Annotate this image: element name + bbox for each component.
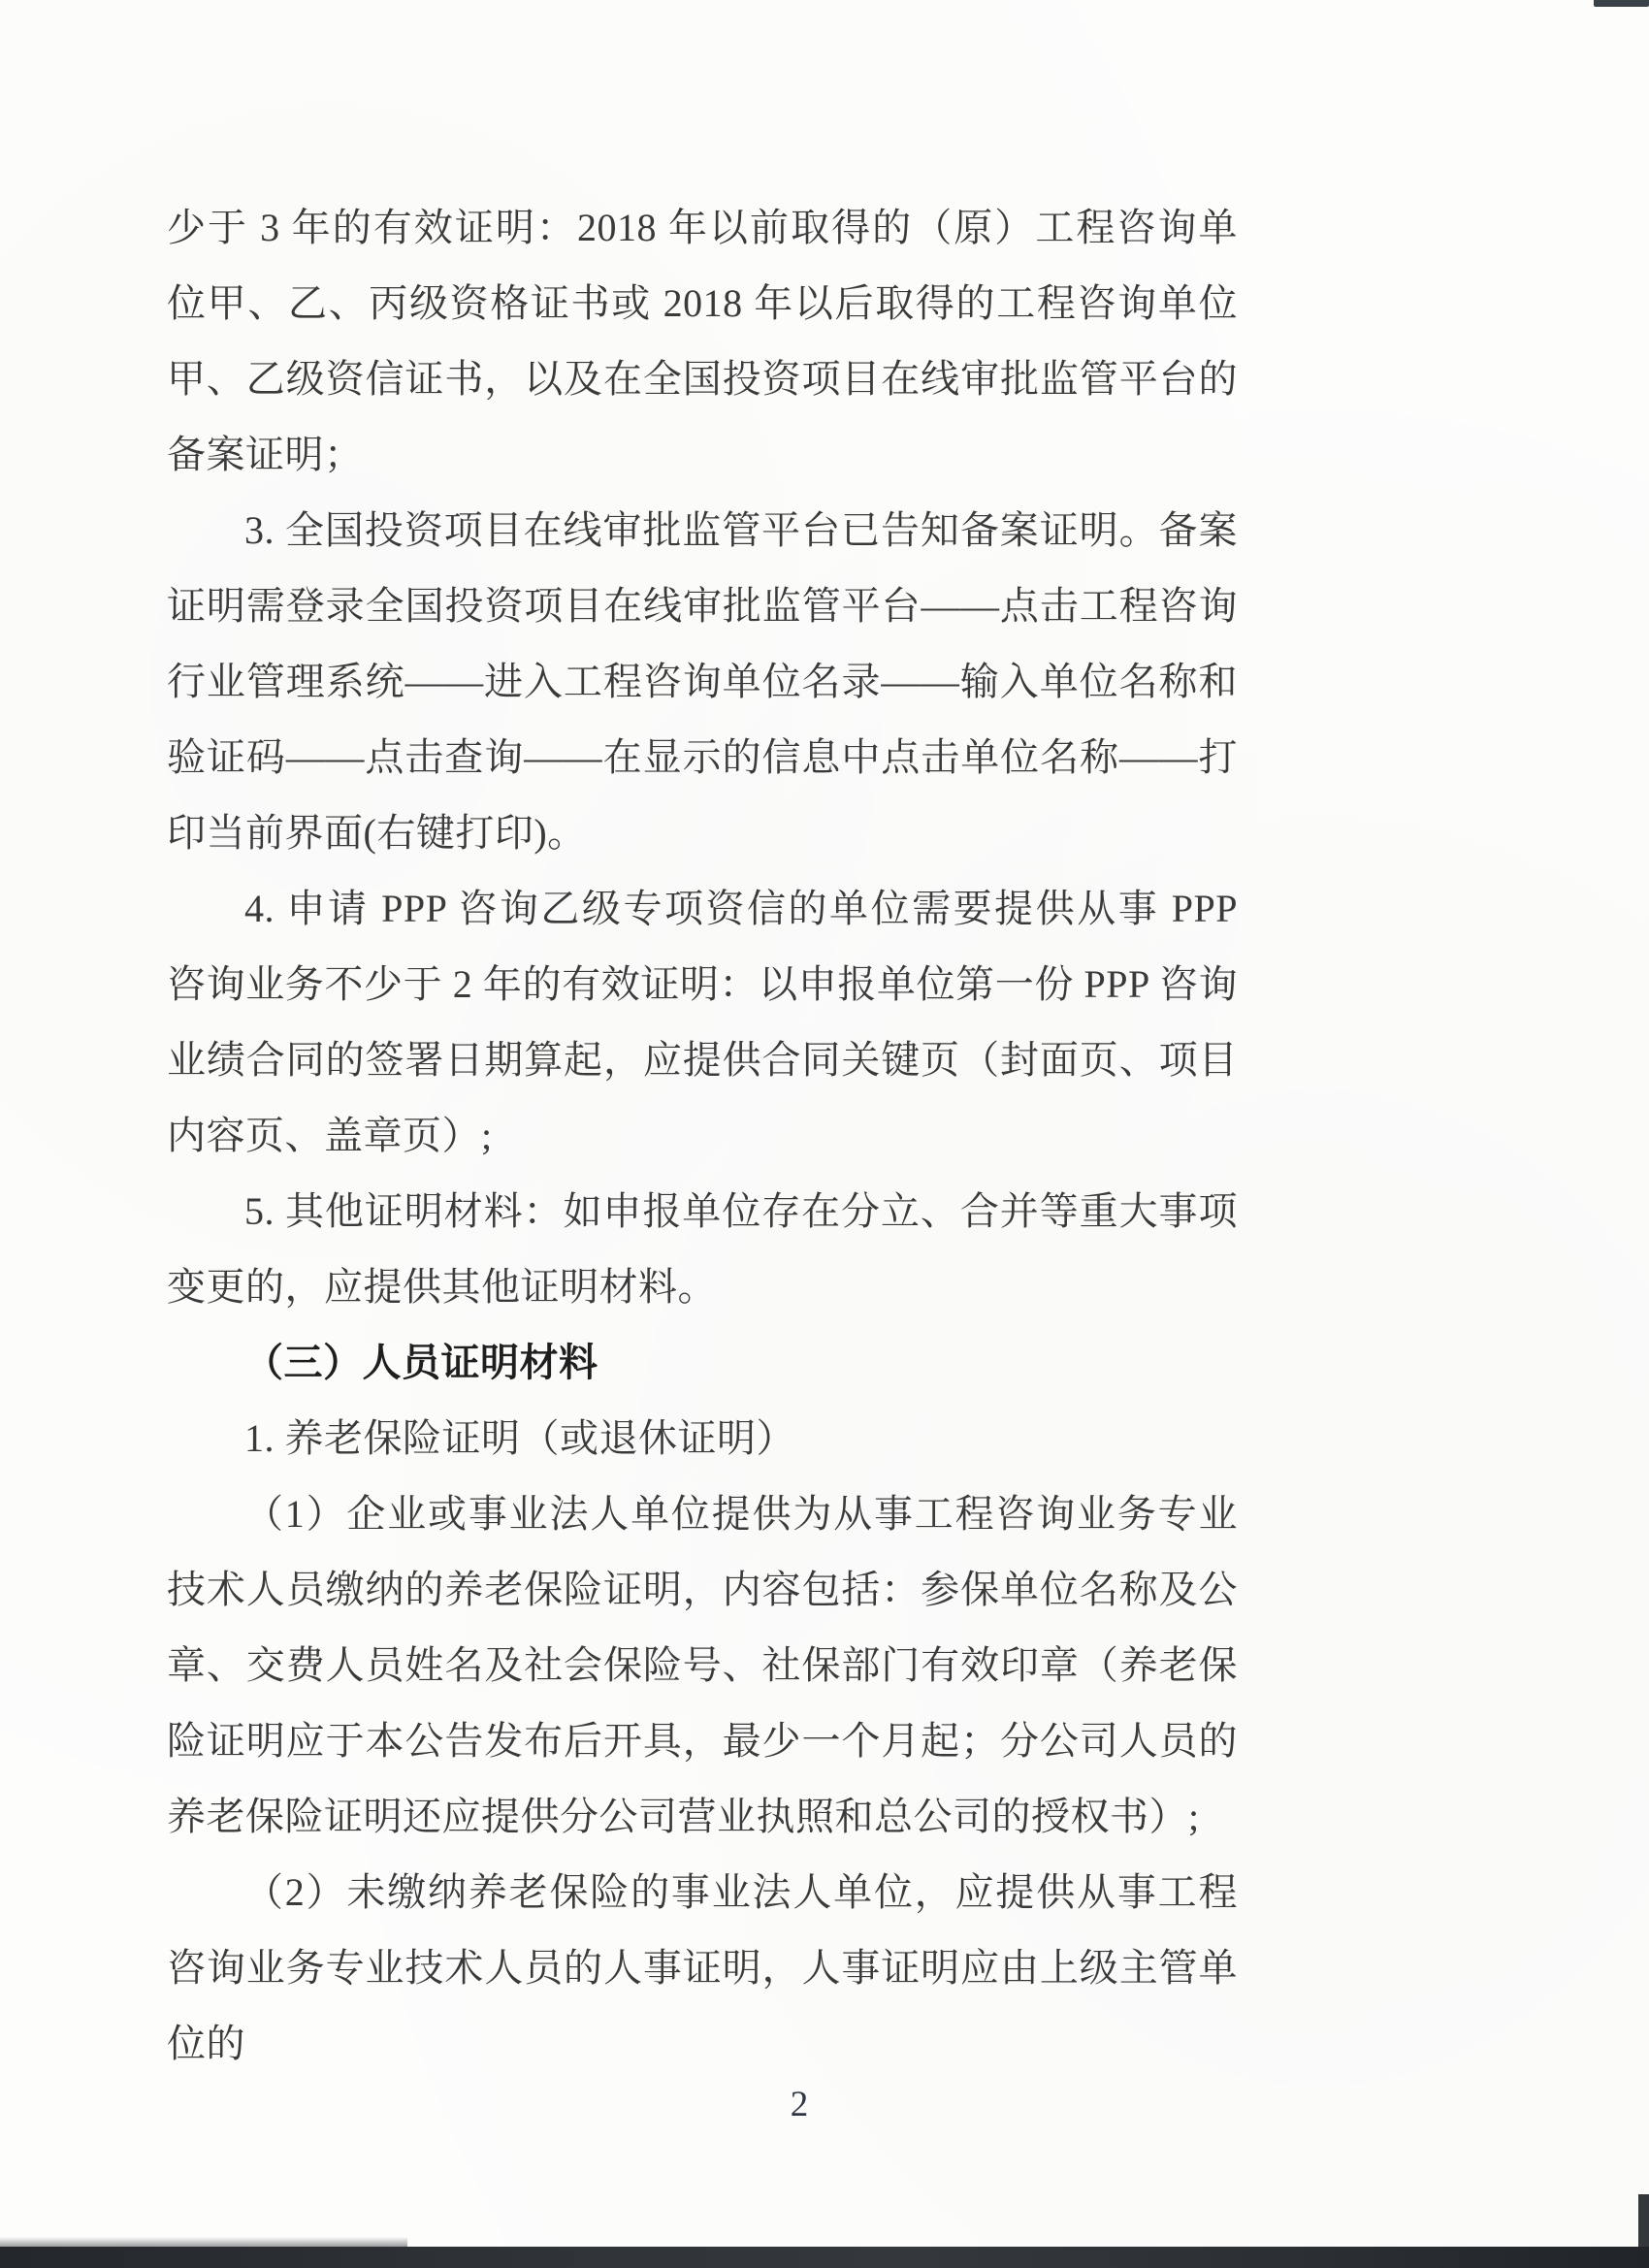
- document-page: 少于 3 年的有效证明：2018 年以前取得的（原）工程咨询单位甲、乙、丙级资格…: [0, 0, 1649, 2268]
- paragraph: 1. 养老保险证明（或退休证明）: [167, 1401, 1238, 1476]
- paragraph: （2）未缴纳养老保险的事业法人单位，应提供从事工程咨询业务专业技术人员的人事证明…: [167, 1855, 1238, 2082]
- paragraph: 4. 申请 PPP 咨询乙级专项资信的单位需要提供从事 PPP 咨询业务不少于 …: [167, 871, 1238, 1174]
- document-body: 少于 3 年的有效证明：2018 年以前取得的（原）工程咨询单位甲、乙、丙级资格…: [167, 190, 1238, 2082]
- scan-artifact-right-edge: [1638, 2194, 1649, 2268]
- scan-artifact-top-right: [1594, 0, 1649, 7]
- paragraph: （三）人员证明材料: [167, 1325, 1238, 1401]
- paragraph: 少于 3 年的有效证明：2018 年以前取得的（原）工程咨询单位甲、乙、丙级资格…: [167, 190, 1238, 493]
- scan-artifact-bottom-smudge: [0, 2237, 407, 2249]
- paragraph: （1）企业或事业法人单位提供为从事工程咨询业务专业技术人员缴纳的养老保险证明，内…: [167, 1476, 1238, 1855]
- page-number: 2: [0, 2084, 1599, 2126]
- paragraph: 5. 其他证明材料：如申报单位存在分立、合并等重大事项变更的，应提供其他证明材料…: [167, 1174, 1238, 1325]
- scan-artifact-bottom-band: [0, 2247, 1649, 2268]
- paragraph: 3. 全国投资项目在线审批监管平台已告知备案证明。备案证明需登录全国投资项目在线…: [167, 493, 1238, 871]
